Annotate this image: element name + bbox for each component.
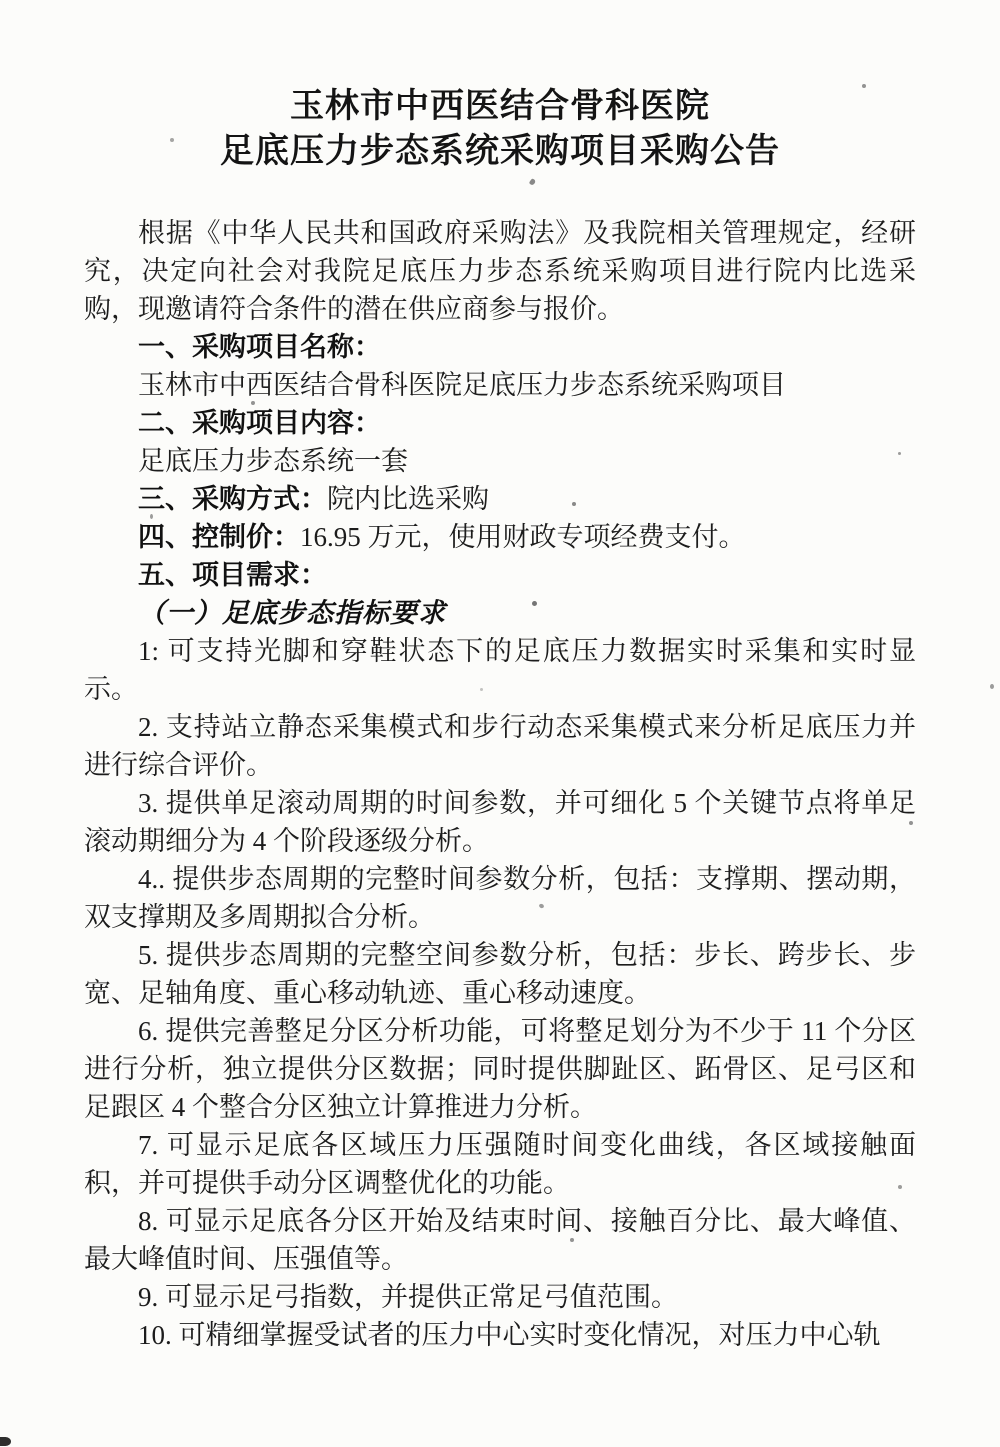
paragraph: 7. 可显示足底各区域压力压强随时间变化曲线，各区域接触面积，并可提供手动分区调…: [84, 1126, 916, 1202]
scan-speck: [529, 178, 537, 186]
paragraph: 足底压力步态系统一套: [84, 442, 916, 480]
scan-speck: [150, 514, 153, 519]
section-heading-label: 四、控制价：: [138, 522, 300, 552]
paragraph: 根据《中华人民共和国政府采购法》及我院相关管理规定，经研究，决定向社会对我院足底…: [84, 214, 916, 328]
paragraph: 8. 可显示足底各分区开始及结束时间、接触百分比、最大峰值、最大峰值时间、压强值…: [84, 1202, 916, 1278]
scan-speck: [909, 821, 913, 825]
section-heading-label: 五、项目需求：: [138, 560, 327, 590]
document-title: 玉林市中西医结合骨科医院 足底压力步态系统采购项目采购公告: [0, 0, 1000, 174]
scan-speck: [170, 138, 174, 142]
paragraph: 玉林市中西医结合骨科医院足底压力步态系统采购项目: [84, 366, 916, 404]
scan-speck: [572, 502, 576, 506]
document-title-line2: 足底压力步态系统采购项目采购公告: [0, 129, 1000, 174]
section-heading: 四、控制价：16.95 万元，使用财政专项经费支付。: [84, 518, 916, 556]
scan-speck: [990, 684, 994, 689]
paragraph-text: 16.95 万元，使用财政专项经费支付。: [300, 522, 746, 552]
paragraph: 1: 可支持光脚和穿鞋状态下的足底压力数据实时采集和实时显示。: [84, 632, 916, 708]
paragraph: 4.. 提供步态周期的完整时间参数分析，包括：支撑期、摆动期，双支撑期及多周期拟…: [84, 860, 916, 936]
scan-corner-artifact: [0, 1437, 11, 1446]
paragraph-text: 9. 可显示足弓指数，并提供正常足弓值范围。: [138, 1282, 678, 1312]
paragraph-text: 玉林市中西医结合骨科医院足底压力步态系统采购项目: [138, 370, 786, 400]
paragraph: 2. 支持站立静态采集模式和步行动态采集模式来分析足底压力并进行综合评价。: [84, 708, 916, 784]
scan-speck: [862, 84, 866, 88]
scan-speck: [898, 452, 901, 455]
paragraph-text: 2. 支持站立静态采集模式和步行动态采集模式来分析足底压力并进行综合评价。: [84, 712, 916, 780]
paragraph-text: 3. 提供单足滚动周期的时间参数，并可细化 5 个关键节点将单足滚动期细分为 4…: [84, 788, 916, 856]
paragraph: 3. 提供单足滚动周期的时间参数，并可细化 5 个关键节点将单足滚动期细分为 4…: [84, 784, 916, 860]
paragraph-text: 10. 可精细掌握受试者的压力中心实时变化情况，对压力中心轨: [138, 1320, 881, 1350]
subsection-heading: （一）足底步态指标要求: [84, 594, 916, 632]
paragraph: 6. 提供完善整足分区分析功能，可将整足划分为不少于 11 个分区进行分析，独立…: [84, 1012, 916, 1126]
paragraph-text: 院内比选采购: [327, 484, 489, 514]
section-heading: 二、采购项目内容：: [84, 404, 916, 442]
paragraph-text: 足底压力步态系统一套: [138, 446, 408, 476]
scan-speck: [570, 1238, 574, 1242]
section-heading: 三、采购方式：院内比选采购: [84, 480, 916, 518]
paragraph: 9. 可显示足弓指数，并提供正常足弓值范围。: [84, 1278, 916, 1316]
section-heading: 五、项目需求：: [84, 556, 916, 594]
document-title-line1: 玉林市中西医结合骨科医院: [0, 84, 1000, 129]
section-heading-label: 一、采购项目名称：: [138, 332, 381, 362]
scan-speck: [480, 688, 483, 691]
paragraph-text: 8. 可显示足底各分区开始及结束时间、接触百分比、最大峰值、最大峰值时间、压强值…: [84, 1206, 916, 1274]
subsection-heading-label: （一）足底步态指标要求: [138, 598, 446, 628]
scan-speck: [532, 601, 537, 606]
paragraph: 10. 可精细掌握受试者的压力中心实时变化情况，对压力中心轨: [84, 1316, 916, 1354]
paragraph: 5. 提供步态周期的完整空间参数分析，包括：步长、跨步长、步宽、足轴角度、重心移…: [84, 936, 916, 1012]
section-heading-label: 三、采购方式：: [138, 484, 327, 514]
scan-speck: [251, 401, 255, 405]
scan-speck: [898, 1185, 902, 1189]
scanned-document-page: 玉林市中西医结合骨科医院 足底压力步态系统采购项目采购公告 根据《中华人民共和国…: [0, 0, 1000, 1447]
paragraph-text: 1: 可支持光脚和穿鞋状态下的足底压力数据实时采集和实时显示。: [84, 636, 916, 704]
paragraph-text: 7. 可显示足底各区域压力压强随时间变化曲线，各区域接触面积，并可提供手动分区调…: [84, 1130, 916, 1198]
paragraph-text: 6. 提供完善整足分区分析功能，可将整足划分为不少于 11 个分区进行分析，独立…: [84, 1016, 916, 1122]
section-heading: 一、采购项目名称：: [84, 328, 916, 366]
paragraph-text: 4.. 提供步态周期的完整时间参数分析，包括：支撑期、摆动期，双支撑期及多周期拟…: [84, 864, 916, 932]
section-heading-label: 二、采购项目内容：: [138, 408, 381, 438]
document-body: 根据《中华人民共和国政府采购法》及我院相关管理规定，经研究，决定向社会对我院足底…: [84, 214, 916, 1354]
paragraph-text: 5. 提供步态周期的完整空间参数分析，包括：步长、跨步长、步宽、足轴角度、重心移…: [84, 940, 916, 1008]
paragraph-text: 根据《中华人民共和国政府采购法》及我院相关管理规定，经研究，决定向社会对我院足底…: [84, 218, 916, 324]
